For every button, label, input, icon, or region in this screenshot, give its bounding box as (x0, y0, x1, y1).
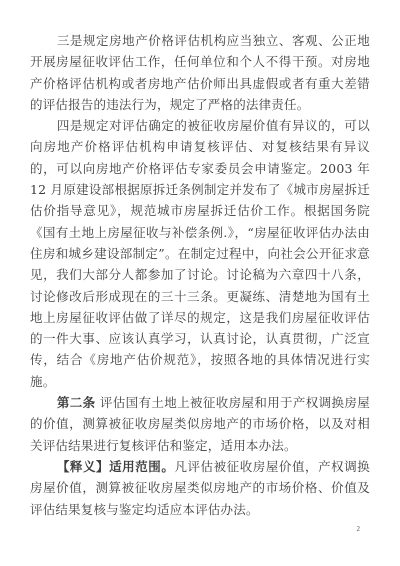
paragraph-2-text: 四是规定对评估确定的被征收房屋价值有异议的，可以向房地产价格评估机构申请复核评估… (30, 118, 370, 389)
document-body-text: 三是规定房地产价格评估机构应当独立、客观、公正地开展房屋征收评估工作，任何单位和… (30, 30, 370, 520)
paragraph-1: 三是规定房地产价格评估机构应当独立、客观、公正地开展房屋征收评估工作，任何单位和… (30, 30, 370, 115)
paragraph-3: 第二条 评估国有土地上被征收房屋和用于产权调换房屋的价值，测算被征收房屋类似房地… (30, 392, 370, 456)
page-number: 2 (357, 525, 361, 533)
paragraph-2: 四是规定对评估确定的被征收房屋价值有异议的，可以向房地产价格评估机构申请复核评估… (30, 115, 370, 392)
paragraph-4-interpretation-label: 【释义】适用范围。 (57, 459, 175, 474)
paragraph-4: 【释义】适用范围。凡评估被征收房屋价值，产权调换房屋价值，测算被征收房屋类似房地… (30, 456, 370, 520)
paragraph-3-article-label: 第二条 (57, 395, 96, 410)
document-page: 三是规定房地产价格评估机构应当独立、客观、公正地开展房屋征收评估工作，任何单位和… (0, 0, 400, 566)
paragraph-1-text: 三是规定房地产价格评估机构应当独立、客观、公正地开展房屋征收评估工作，任何单位和… (30, 33, 370, 112)
